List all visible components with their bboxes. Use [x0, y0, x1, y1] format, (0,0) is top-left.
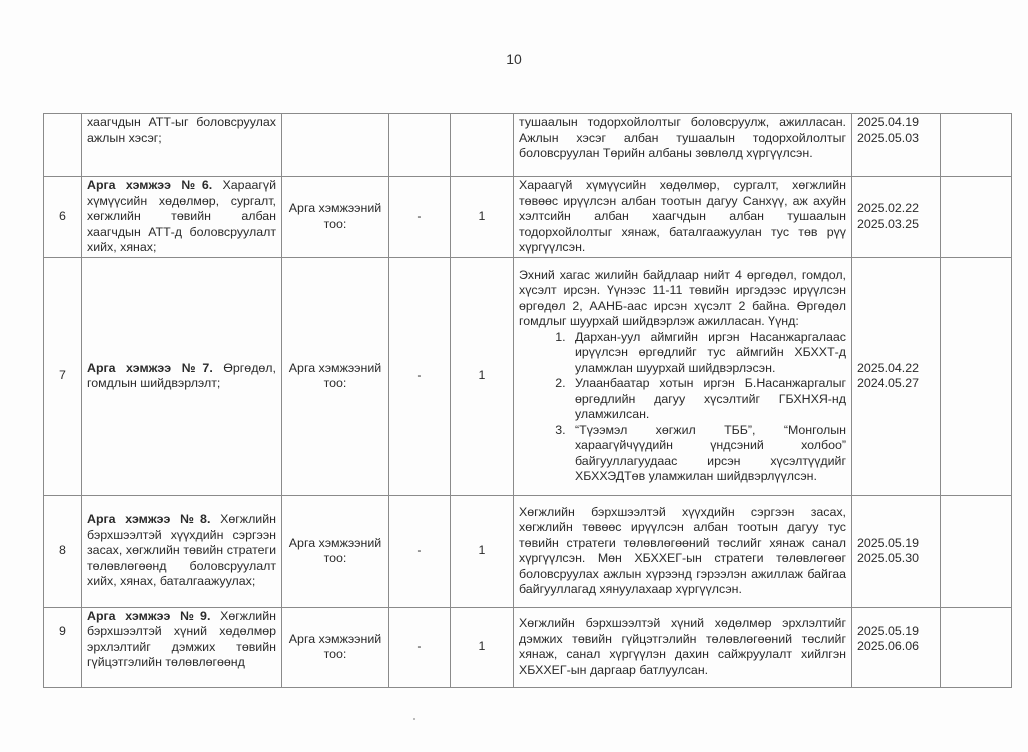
- measure-cell: Арга хэмжээ №7. Өргөдөл, гомдлын шийдвэр…: [82, 257, 282, 495]
- report-table: хаагчдын АТТ-ыг боловсруулах ажлын хэсэг…: [43, 113, 1012, 688]
- indicator-cell: Арга хэмжээний тоо:: [282, 607, 389, 687]
- result-cell: Эхний хагас жилийн байдлаар нийт 4 өргөд…: [514, 257, 852, 495]
- indicator-cell: Арга хэмжээний тоо:: [282, 177, 389, 258]
- result-cell: тушаалын тодорхойлолтыг боловсруулж, ажи…: [514, 114, 852, 177]
- date-cell: 2025.04.222024.05.27: [852, 257, 941, 495]
- extra-cell: [941, 607, 1012, 687]
- row-number: 7: [44, 257, 82, 495]
- target-cell: [451, 114, 514, 177]
- date-cell: 2025.04.192025.05.03: [852, 114, 941, 177]
- row-number: 6: [44, 177, 82, 258]
- result-intro: Эхний хагас жилийн байдлаар нийт 4 өргөд…: [519, 268, 846, 330]
- measure-title: Арга хэмжээ №6.: [87, 178, 212, 192]
- extra-cell: [941, 257, 1012, 495]
- date-cell: 2025.05.192025.06.06: [852, 607, 941, 687]
- result-list-item: “Түээмэл хөгжил ТББ”, “Монголын хараагүй…: [569, 423, 846, 485]
- target-cell: 1: [451, 495, 514, 607]
- date-cell: 2025.02.222025.03.25: [852, 177, 941, 258]
- baseline-cell: -: [389, 495, 451, 607]
- date-cell: 2025.05.192025.05.30: [852, 495, 941, 607]
- row-number: [44, 114, 82, 177]
- target-cell: 1: [451, 257, 514, 495]
- baseline-cell: -: [389, 607, 451, 687]
- baseline-cell: -: [389, 257, 451, 495]
- scan-speck: [413, 718, 415, 720]
- date-end: 2025.05.30: [857, 551, 935, 567]
- date-start: 2025.05.19: [857, 536, 935, 552]
- measure-title: Арга хэмжээ №9.: [87, 609, 210, 623]
- result-cell: Хөгжлийн бэрхшээлтэй хүүхдийн сэргээн за…: [514, 495, 852, 607]
- result-cell: Хараагүй хүмүүсийн хөдөлмөр, сургалт, хө…: [514, 177, 852, 258]
- page-number: 10: [0, 51, 1028, 67]
- row-number: 9: [44, 607, 82, 687]
- date-start: 2025.02.22: [857, 201, 935, 217]
- measure-title: Арга хэмжээ №8.: [87, 512, 210, 526]
- date-end: 2025.03.25: [857, 217, 935, 233]
- date-end: 2024.05.27: [857, 376, 935, 392]
- indicator-cell: [282, 114, 389, 177]
- table-row: 7 Арга хэмжээ №7. Өргөдөл, гомдлын шийдв…: [44, 257, 1012, 495]
- indicator-cell: Арга хэмжээний тоо:: [282, 495, 389, 607]
- measure-cell: Арга хэмжээ №8. Хөгжлийн бэрхшээлтэй хүү…: [82, 495, 282, 607]
- table-row: 9 Арга хэмжээ №9. Хөгжлийн бэрхшээлтэй х…: [44, 607, 1012, 687]
- indicator-cell: Арга хэмжээний тоо:: [282, 257, 389, 495]
- extra-cell: [941, 114, 1012, 177]
- baseline-cell: -: [389, 177, 451, 258]
- date-start: 2025.04.22: [857, 361, 935, 377]
- date-start: 2025.04.19: [857, 115, 935, 131]
- target-cell: 1: [451, 607, 514, 687]
- measure-cell: Арга хэмжээ №6. Хараагүй хүмүүсийн хөдөл…: [82, 177, 282, 258]
- result-cell: Хөгжлийн бэрхшээлтэй хүний хөдөлмөр эрхл…: [514, 607, 852, 687]
- table-row: хаагчдын АТТ-ыг боловсруулах ажлын хэсэг…: [44, 114, 1012, 177]
- measure-text: хаагчдын АТТ-ыг боловсруулах ажлын хэсэг…: [87, 115, 276, 145]
- date-end: 2025.05.03: [857, 131, 935, 147]
- extra-cell: [941, 177, 1012, 258]
- table-row: 8 Арга хэмжээ №8. Хөгжлийн бэрхшээлтэй х…: [44, 495, 1012, 607]
- table-row: 6 Арга хэмжээ №6. Хараагүй хүмүүсийн хөд…: [44, 177, 1012, 258]
- date-start: 2025.05.19: [857, 624, 935, 640]
- row-number: 8: [44, 495, 82, 607]
- date-end: 2025.06.06: [857, 639, 935, 655]
- measure-cell: хаагчдын АТТ-ыг боловсруулах ажлын хэсэг…: [82, 114, 282, 177]
- measure-title: Арга хэмжээ №7.: [87, 361, 213, 375]
- result-list: Дархан-уул аймгийн иргэн Насанжаргалаас …: [519, 330, 846, 485]
- extra-cell: [941, 495, 1012, 607]
- baseline-cell: [389, 114, 451, 177]
- result-list-item: Улаанбаатар хотын иргэн Б.Насанжаргалыг …: [569, 376, 846, 423]
- measure-cell: Арга хэмжээ №9. Хөгжлийн бэрхшээлтэй хүн…: [82, 607, 282, 687]
- result-list-item: Дархан-уул аймгийн иргэн Насанжаргалаас …: [569, 330, 846, 377]
- target-cell: 1: [451, 177, 514, 258]
